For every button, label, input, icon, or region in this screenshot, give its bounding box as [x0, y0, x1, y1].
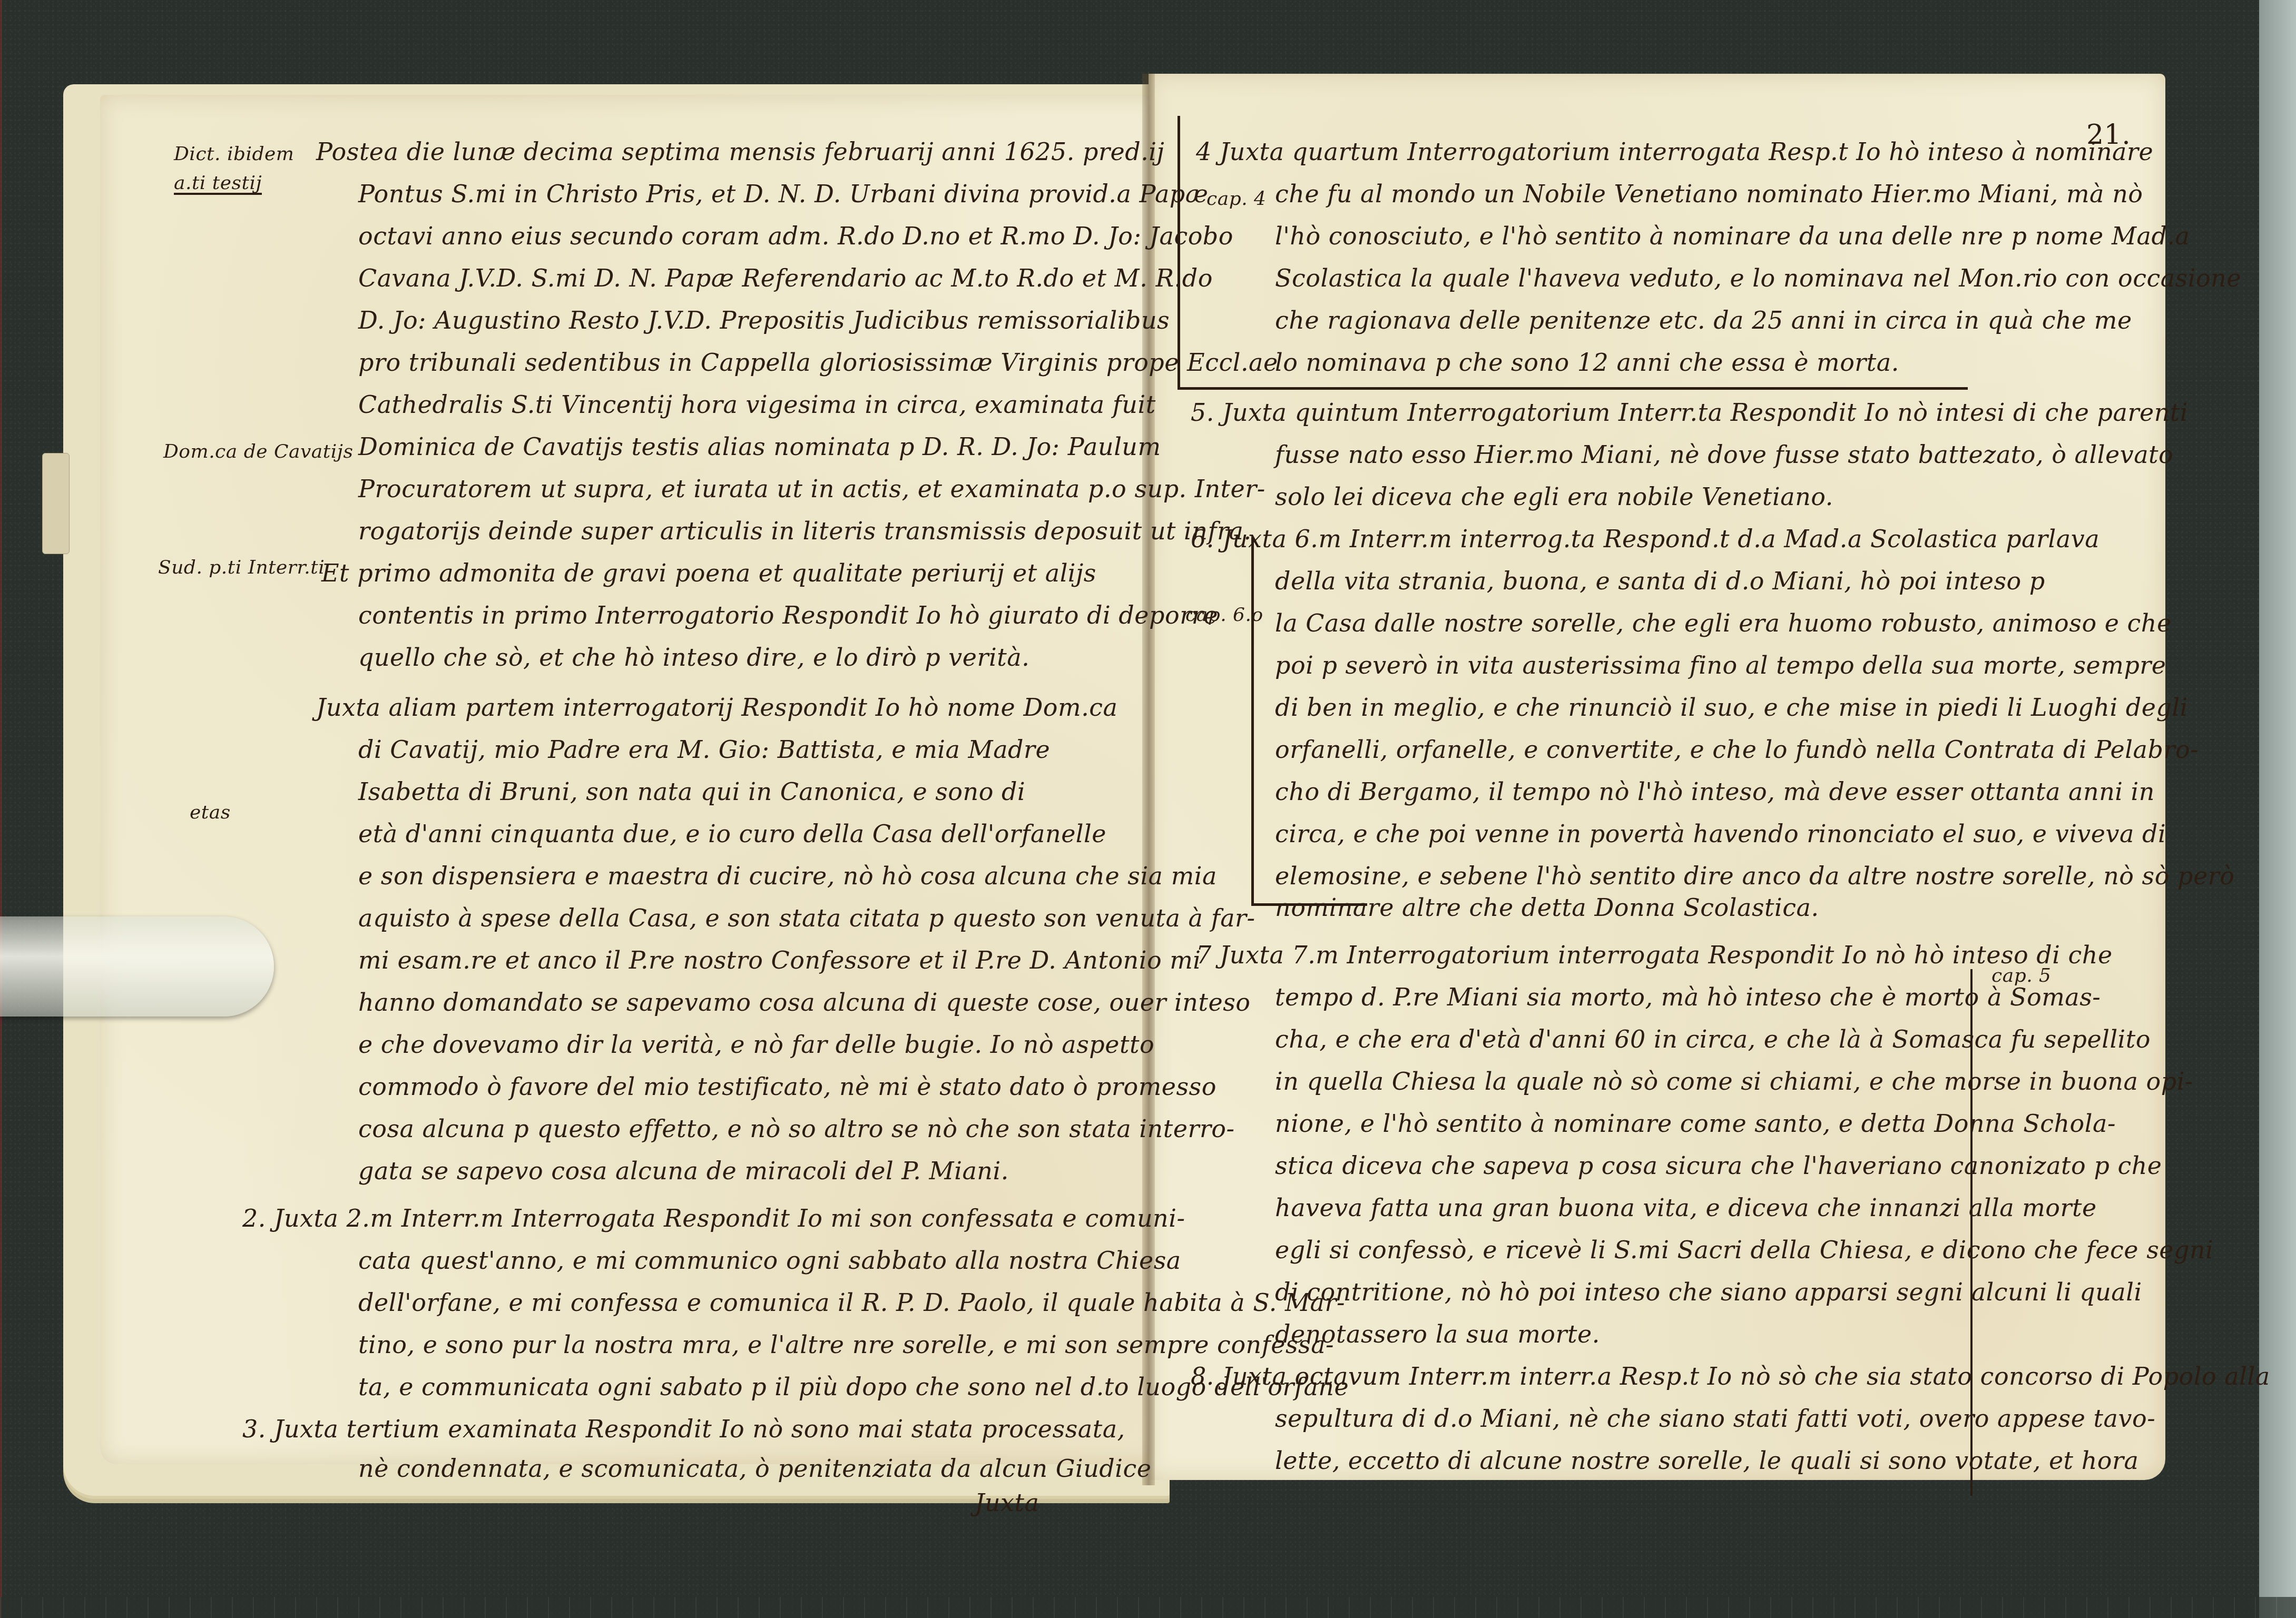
bracket-rule: [1251, 537, 1254, 906]
text-line: pro tribunali sedentibus in Cappella glo…: [358, 350, 1278, 374]
text-line: D. Jo: Augustino Resto J.V.D. Prepositis…: [358, 308, 1170, 332]
text-line: nione, e l'hò sentito à nominare come sa…: [1275, 1111, 2116, 1136]
text-line: 2. Juxta 2.m Interr.m Interrogata Respon…: [242, 1206, 1185, 1230]
bracket-rule: [1178, 387, 1968, 390]
text-line: Pontus S.mi in Christo Pris, et D. N. D.…: [358, 182, 1209, 206]
text-line: tino, e sono pur la nostra mra, e l'altr…: [358, 1333, 1334, 1357]
text-line: 4 Juxta quartum Interrogatorium interrog…: [1196, 140, 2153, 164]
text-line: gata se sapevo cosa alcuna de miracoli d…: [358, 1159, 1009, 1183]
text-line: età d'anni cinquanta due, e io curo dell…: [358, 822, 1106, 846]
text-line: di Cavatij, mio Padre era M. Gio: Battis…: [358, 737, 1050, 762]
margin-note: a.ti testij: [174, 174, 262, 195]
paper-tab: [42, 453, 70, 554]
text-line: circa, e che poi venne in povertà havend…: [1275, 822, 2166, 846]
margin-note: cap. 4: [1206, 190, 1266, 209]
text-line: dell'orfane, e mi confessa e comunica il…: [358, 1290, 1345, 1315]
text-line: e son dispensiera e maestra di cucire, n…: [358, 864, 1217, 888]
glass-weight-clip: [0, 916, 274, 1017]
margin-note: Sud. p.ti Interr.ti: [158, 558, 325, 577]
text-line: cho di Bergamo, il tempo nò l'hò inteso,…: [1275, 780, 2155, 804]
text-line: cosa alcuna p questo effetto, e nò so al…: [358, 1117, 1235, 1141]
text-line: Juxta aliam partem interrogatorij Respon…: [316, 695, 1117, 719]
text-line: cata quest'anno, e mi communico ogni sab…: [358, 1248, 1181, 1272]
catchword: Juxta: [975, 1491, 1039, 1515]
text-line: stica diceva che sapeva p cosa sicura ch…: [1275, 1153, 2162, 1178]
text-line: che ragionava delle penitenze etc. da 25…: [1275, 308, 2132, 332]
text-line: quello che sò, et che hò inteso dire, e …: [358, 645, 1029, 669]
text-line: aquisto à spese della Casa, e son stata …: [358, 906, 1255, 930]
text-line: hanno domandato se sapevamo cosa alcuna …: [358, 990, 1250, 1014]
text-line: denotassero la sua morte.: [1275, 1322, 1600, 1346]
text-line: Et primo admonita de gravi poena et qual…: [321, 561, 1096, 585]
text-line: 8. Juxta octavum Interr.m interr.a Resp.…: [1191, 1364, 2270, 1388]
text-line: lette, eccetto di alcune nostre sorelle,…: [1275, 1448, 2138, 1473]
scale-ruler: [0, 1597, 2296, 1618]
text-line: 3. Juxta tertium examinata Respondit Io …: [242, 1417, 1125, 1441]
text-line: tempo d. P.re Miani sia morto, mà hò int…: [1275, 985, 2101, 1009]
text-line: Dominica de Cavatijs testis alias nomina…: [358, 435, 1161, 459]
text-line: rogatorijs deinde super articulis in lit…: [358, 519, 1252, 543]
text-line: che fu al mondo un Nobile Venetiano nomi…: [1275, 182, 2143, 206]
text-line: elemosine, e sebene l'hò sentito dire an…: [1275, 864, 2234, 888]
text-line: commodo ò favore del mio testificato, nè…: [358, 1074, 1216, 1099]
text-line: della vita strania, buona, e santa di d.…: [1275, 569, 2045, 593]
text-line: nè condennata, e scomunicata, ò penitenz…: [358, 1456, 1151, 1481]
text-line: sepultura di d.o Miani, nè che siano sta…: [1275, 1406, 2155, 1430]
text-line: in quella Chiesa la quale nò sò come si …: [1275, 1069, 2193, 1093]
text-line: contentis in primo Interrogatorio Respon…: [358, 603, 1218, 627]
text-line: la Casa dalle nostre sorelle, che egli e…: [1275, 611, 2172, 635]
scan-edge: [0, 0, 2, 1618]
text-line: e che dovevamo dir la verità, e nò far d…: [358, 1032, 1154, 1057]
text-line: 6. Juxta 6.m Interr.m interrog.ta Respon…: [1191, 527, 2099, 551]
text-line: di contritione, nò hò poi inteso che sia…: [1275, 1280, 2142, 1304]
text-line: Cavana J.V.D. S.mi D. N. Papæ Referendar…: [358, 266, 1213, 290]
text-line: lo nominava p che sono 12 anni che essa …: [1275, 350, 1899, 374]
text-line: di ben in meglio, e che rinunciò il suo,…: [1275, 695, 2188, 719]
margin-note: etas: [190, 803, 231, 822]
text-line: octavi anno eius secundo coram adm. R.do…: [358, 224, 1233, 248]
text-line: mi esam.re et anco il P.re nostro Confes…: [358, 948, 1201, 972]
text-line: Procuratorem ut supra, et iurata ut in a…: [358, 477, 1265, 501]
text-line: cha, e che era d'età d'anni 60 in circa,…: [1275, 1027, 2151, 1051]
text-line: Postea die lunæ decima septima mensis fe…: [316, 140, 1164, 164]
margin-note: Dom.ca de Cavatijs: [163, 442, 353, 461]
text-line: l'hò conosciuto, e l'hò sentito à nomina…: [1275, 224, 2190, 248]
margin-note: Dict. ibidem: [174, 145, 294, 164]
text-line: 7 Juxta 7.m Interrogatorium interrogata …: [1196, 943, 2113, 967]
text-line: fusse nato esso Hier.mo Miani, nè dove f…: [1275, 442, 2173, 467]
text-line: haveva fatta una gran buona vita, e dice…: [1275, 1196, 2097, 1220]
text-line: Isabetta di Bruni, son nata qui in Canon…: [358, 780, 1025, 804]
text-line: Scolastica la quale l'haveva veduto, e l…: [1275, 266, 2241, 290]
text-line: poi p severò in vita austerissima fino a…: [1275, 653, 2166, 677]
bracket-rule: [1178, 116, 1180, 390]
text-line: orfanelli, orfanelle, e convertite, e ch…: [1275, 737, 2199, 762]
text-line: solo lei diceva che egli era nobile Vene…: [1275, 485, 1833, 509]
text-line: Cathedralis S.ti Vincentij hora vigesima…: [358, 392, 1156, 417]
text-line: nominare altre che detta Donna Scolastic…: [1275, 895, 1819, 920]
text-line: 5. Juxta quintum Interrogatorium Interr.…: [1191, 400, 2188, 425]
text-line: egli si confessò, e ricevè li S.mi Sacri…: [1275, 1238, 2213, 1262]
